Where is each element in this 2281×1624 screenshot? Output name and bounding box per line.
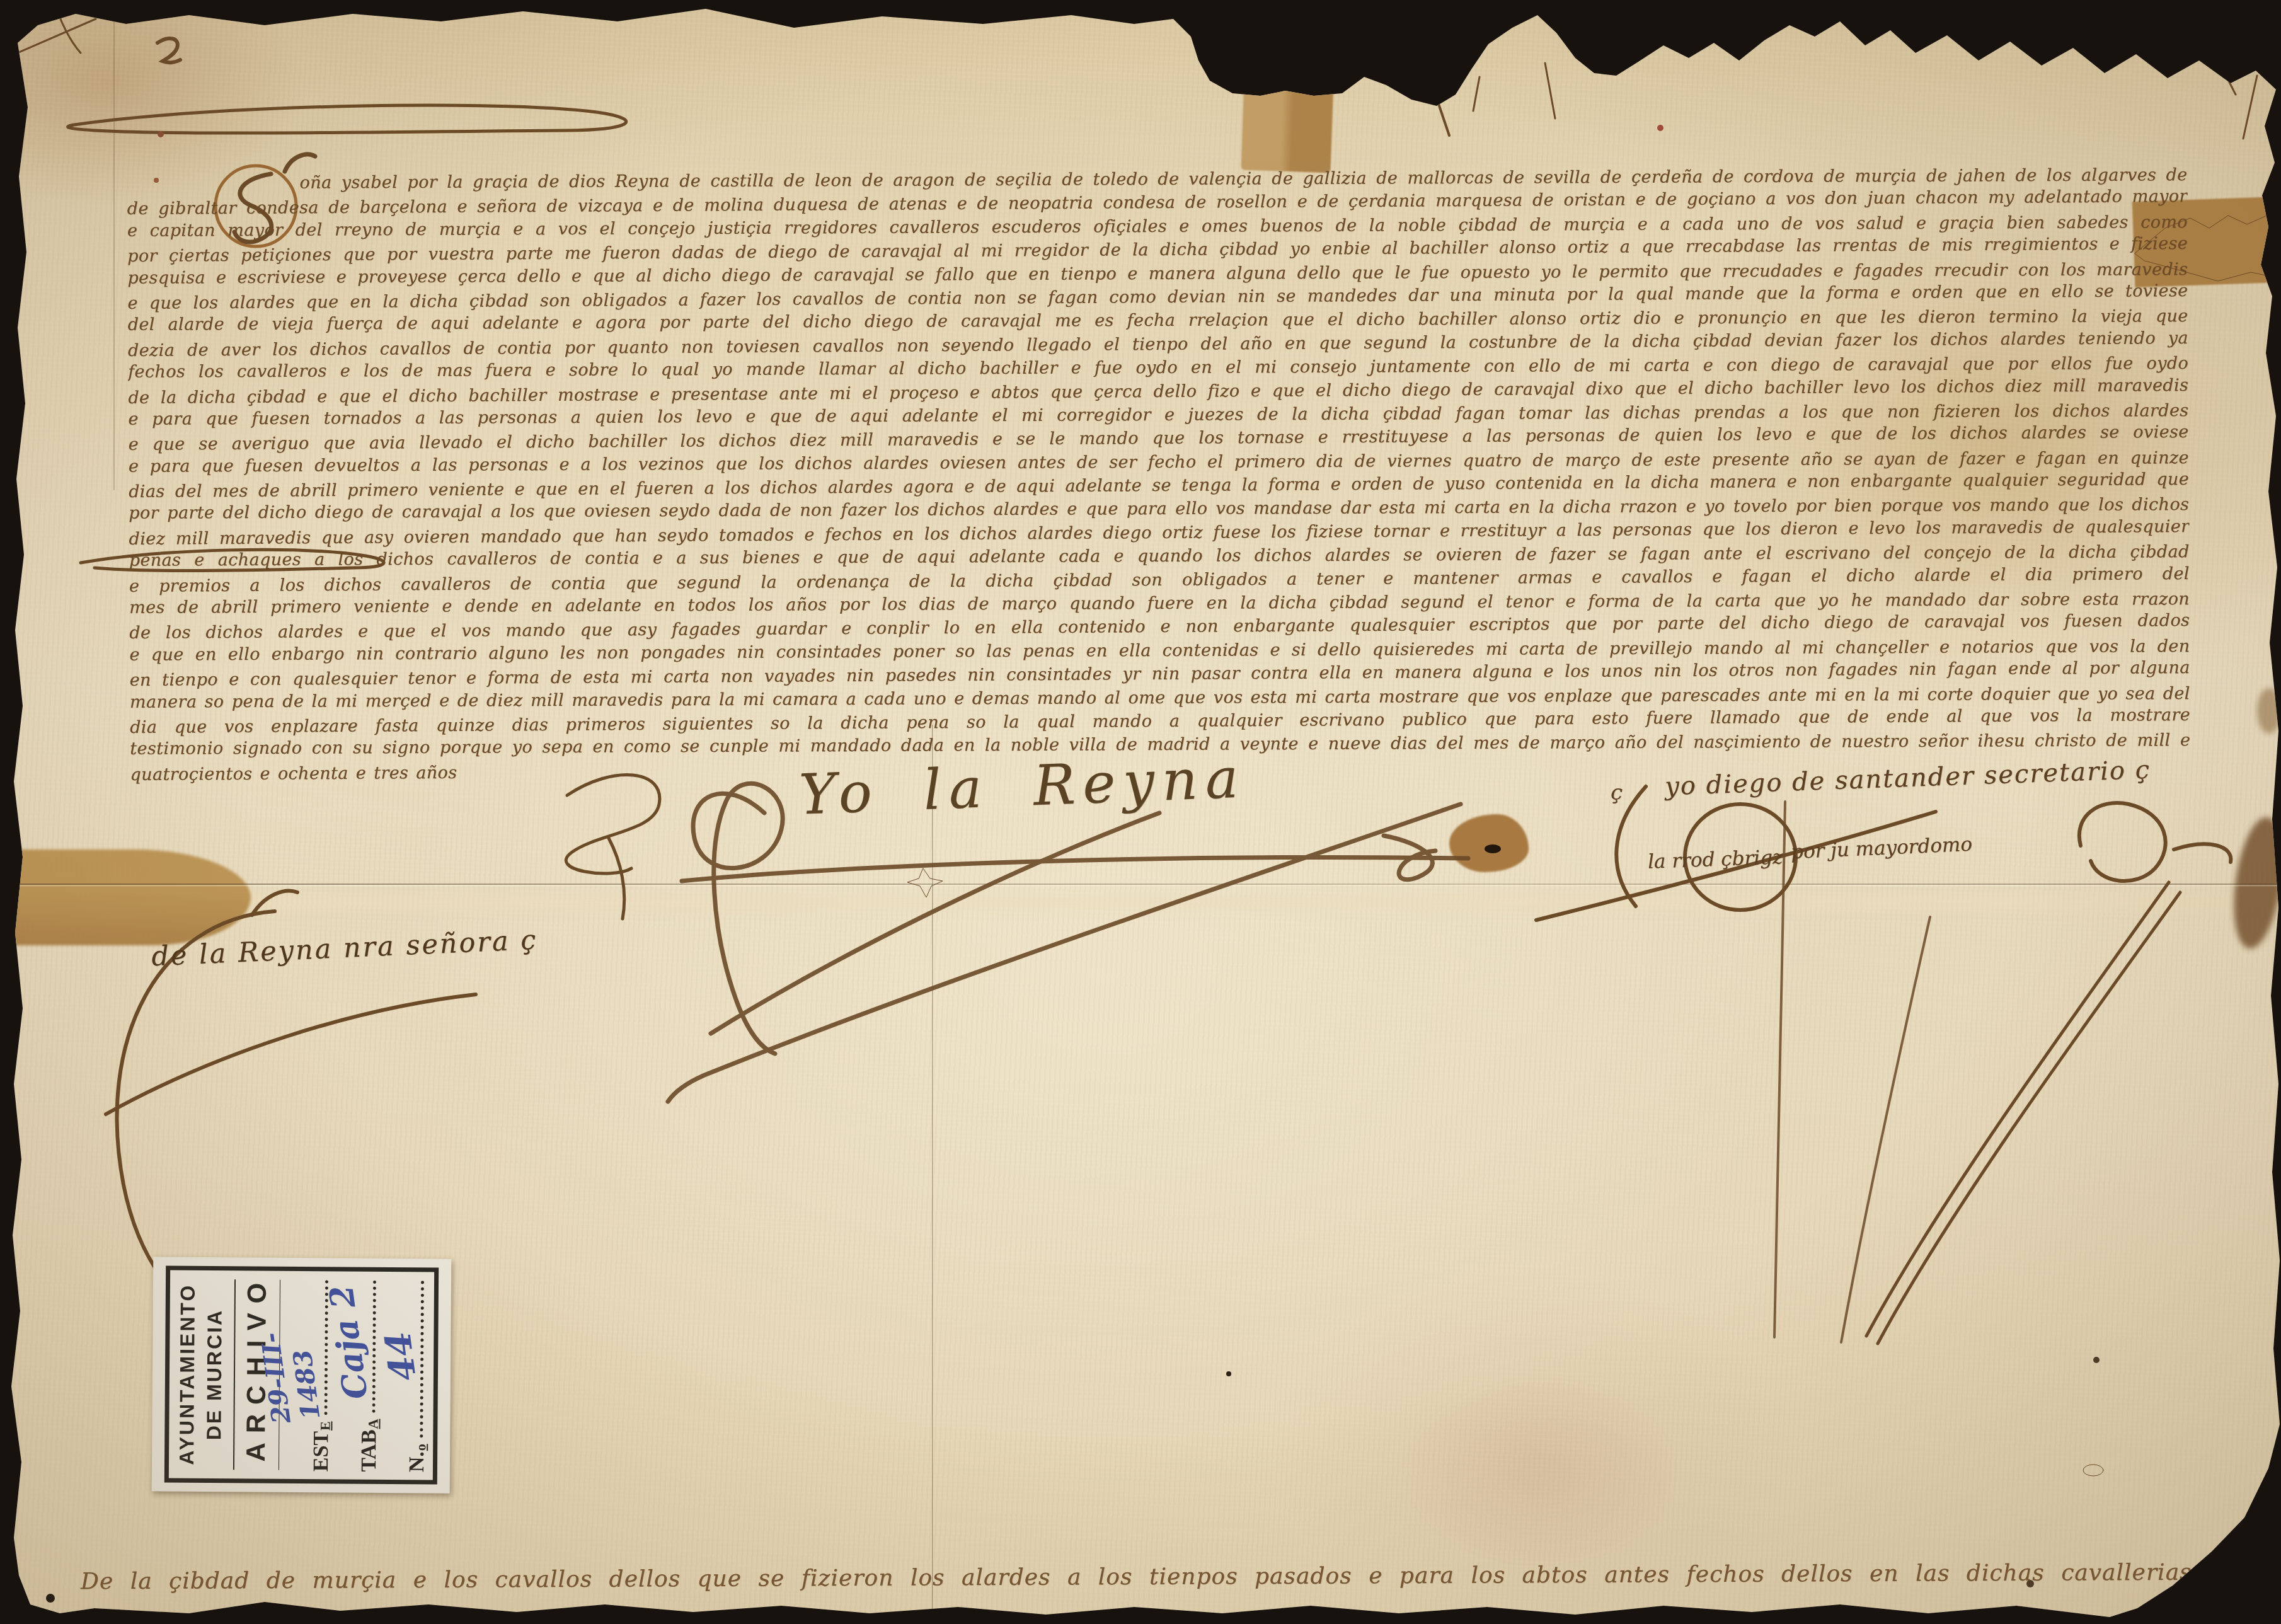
parchment-sheet: oña ysabel por la graçia de dios Reyna d… [0,0,2281,1624]
stamp-field-label: TAB [357,1429,381,1472]
dark-stain-right-edge [2227,814,2281,952]
tape-residue-left [0,849,251,945]
stamp-rule [233,1279,236,1470]
stamp-field-sup: A [365,1419,381,1429]
stamp-title-line2: DE MURCIA [202,1278,227,1471]
stamp-field-sup: o [413,1444,429,1451]
archive-stamp-rotated-content: AYUNTAMIENTO DE MURCIA ARCHIVO ESTE 29-I… [152,1257,452,1493]
stamp-field-sup: E [317,1421,333,1431]
tape-residue-top [1241,76,1333,173]
ink-hole [907,868,943,897]
archival-numbering-mark [158,38,180,62]
verso-docket-line: De la çibdad de murçia e los cavallos de… [81,1560,2185,1595]
stamp-handwritten-number: 44 [377,1329,425,1383]
stamp-field-label: N. [405,1451,429,1472]
horizontal-fold-crease [0,884,2281,885]
wax-stain-dark-spot [1485,844,1501,853]
dark-stain-right-edge-2 [2257,688,2281,734]
paper-cracks [0,1,2257,139]
council-rubric-left-text: la rrod çbrigz [1647,846,1783,873]
closing-paraph [566,775,660,919]
archive-stamp: AYUNTAMIENTO DE MURCIA ARCHIVO ESTE 29-I… [152,1257,452,1493]
margin-paraph-top [68,105,626,133]
stamp-field-label: EST [309,1431,333,1472]
stamp-field-taba: TABA Caja 2 [333,1279,382,1472]
vertical-fold-crease [932,725,933,1613]
wax-stain-signature [1449,814,1529,872]
archive-stamp-border: AYUNTAMIENTO DE MURCIA ARCHIVO ESTE 29-I… [164,1265,439,1484]
vertical-fold-crease-left [113,11,115,490]
address-docket-text: de la Reyna nra señora ç [151,924,538,973]
council-rubric-right-text: por ju mayordomo [1790,833,1972,864]
stamp-fields: ESTE 29-III-1483 TABA Caja 2 N.o [285,1279,430,1473]
faint-stain-bottom [1405,1380,1676,1563]
council-rubric-right-flourish [1866,803,2231,1344]
secretary-mark: ç [1611,780,1623,805]
queen-signature-flourish [668,783,1468,1102]
stamp-field-numero: N.o 44 [381,1279,430,1473]
stamp-title-line1: AYUNTAMIENTO [175,1278,200,1471]
fold-light-band [0,894,2281,911]
scan-background: oña ysabel por la graçia de dios Reyna d… [0,0,2281,1624]
manuscript-text-block: oña ysabel por la graçia de dios Reyna d… [127,162,2190,785]
